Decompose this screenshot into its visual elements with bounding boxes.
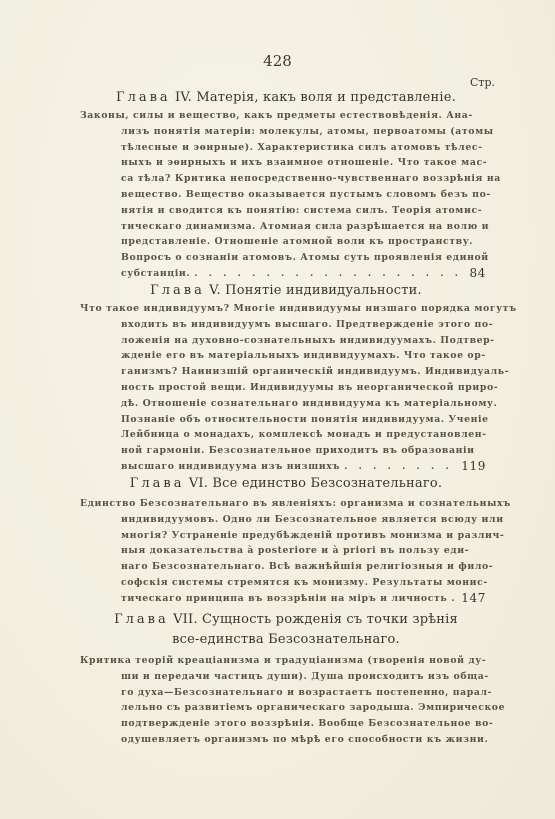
summary-line: тѣлесные и эѳирные). Характеристика силъ… [86, 140, 486, 156]
summary-line: ши и передачи частицъ души). Душа происх… [86, 669, 486, 685]
summary-line: лельно съ развитіемъ органическаго зарод… [86, 700, 486, 716]
summary-last-line: тическаго принципа въ воззрѣніи на міръ … [86, 591, 486, 607]
summary-line: одушевляетъ организмъ по мѣрѣ его способ… [86, 732, 486, 748]
chapter-heading: Глава VI. Все единство Безсознательнаго. [86, 476, 486, 491]
leader-dots: . . . . . . . . . . . . . . . . . . . . … [194, 266, 465, 282]
summary-line: са тѣла? Критика непосредственно-чувстве… [86, 171, 486, 187]
summary-line: Что такое индивидуумъ? Многіе индивидуум… [80, 301, 486, 317]
summary-line: высшаго индивидуума изъ низшихъ [121, 459, 340, 475]
chapter-heading-line2: все-единства Безсознательнаго. [86, 632, 486, 647]
summary-line: Единство Безсознательнаго въ явленіяхъ: … [80, 496, 486, 512]
chapter-heading: Глава IV. Матерія, какъ воля и представл… [86, 90, 486, 105]
summary-line: дѣ. Отношеніе сознательнаго индивидуума … [86, 396, 486, 412]
summary-line: ность простой вещи. Индивидуумы въ неорг… [86, 380, 486, 396]
summary-line: подтвержденіе этого воззрѣнія. Вообще Бе… [86, 716, 486, 732]
chapter-prefix: Глава [130, 476, 185, 491]
summary-line: Лейбница о монадахъ, комплексѣ монадъ и … [86, 427, 486, 443]
summary-line: ныя доказательства à posteriore и à prio… [86, 543, 486, 559]
leader-dots: . . . . . . . . [451, 591, 457, 607]
summary-line: наго Безсознательнаго. Всѣ важнѣйшія рел… [86, 559, 486, 575]
summary-line: Вопросъ о сознаніи атомовъ. Атомы суть п… [86, 250, 486, 266]
summary-line: Законы, силы и вещество, какъ предметы е… [80, 108, 486, 124]
book-page: 428 Стр. Глава IV. Матерія, какъ воля и … [0, 0, 555, 819]
summary-line: софскія системы стремятся къ монизму. Ре… [86, 575, 486, 591]
summary-line: тическаго динамизма. Атомная сила разрѣш… [86, 219, 486, 235]
summary-line: ложенія на духовно-сознательныхъ индивид… [86, 333, 486, 349]
chapter-prefix: Глава [114, 612, 169, 627]
chapter-title: VI. Все единство Безсознательнаго. [189, 476, 442, 491]
chapter-title: V. Понятіе индивидуальности. [209, 283, 422, 298]
summary-line: ной гармоніи. Безсознательное приходитъ … [86, 443, 486, 459]
summary-line: ныхъ и эѳирныхъ и ихъ взаимное отношеніе… [86, 155, 486, 171]
chapter-heading: Глава VII. Сущность рожденія съ точки зр… [86, 612, 486, 627]
summary-line: Познаніе объ относительности понятія инд… [86, 412, 486, 428]
summary-line: индивидуумовъ. Одно ли Безсознательное я… [86, 512, 486, 528]
summary-line: жденіе его въ матеріальныхъ индивидуумах… [86, 348, 486, 364]
summary-line: субстанціи. [121, 266, 190, 282]
page-reference: 84 [470, 266, 486, 282]
chapter-summary: Что такое индивидуумъ? Многіе индивидуум… [86, 301, 486, 475]
chapter-prefix: Глава [116, 90, 171, 105]
page-reference: 119 [461, 459, 486, 475]
summary-line: вещество. Вещество оказывается пустымъ с… [86, 187, 486, 203]
chapter-title: VII. Сущность рожденія съ точки зрѣнія [173, 612, 458, 627]
summary-line: Критика теорій креаціанизма и традуціани… [80, 653, 486, 669]
page-number: 428 [0, 52, 555, 70]
chapter-summary: Законы, силы и вещество, какъ предметы е… [86, 108, 486, 282]
summary-line: представленіе. Отношеніе атомной воли къ… [86, 234, 486, 250]
summary-line: многія? Устраненіе предубѣжденій противъ… [86, 528, 486, 544]
summary-line: го духа—Безсознательнаго и возрастаетъ п… [86, 685, 486, 701]
summary-line: ганизмъ? Наинизшій органическій индивиду… [86, 364, 486, 380]
chapter-heading: Глава V. Понятіе индивидуальности. [86, 283, 486, 298]
summary-line: тическаго принципа въ воззрѣніи на міръ … [121, 591, 447, 607]
page-column-header: Стр. [470, 76, 495, 89]
summary-line: нятія и сводится къ понятію: система сил… [86, 203, 486, 219]
summary-last-line: высшаго индивидуума изъ низшихъ . . . . … [86, 459, 486, 475]
summary-line: лизъ понятія матеріи: молекулы, атомы, п… [86, 124, 486, 140]
chapter-title: IV. Матерія, какъ воля и представленіе. [175, 90, 456, 105]
chapter-prefix: Глава [150, 283, 205, 298]
leader-dots: . . . . . . . . . . . . . . . . . . . . … [344, 459, 457, 475]
summary-last-line: субстанціи. . . . . . . . . . . . . . . … [86, 266, 486, 282]
summary-line: входить въ индивидуумъ высшаго. Предтвер… [86, 317, 486, 333]
page-reference: 147 [461, 591, 486, 607]
chapter-summary: Критика теорій креаціанизма и традуціани… [86, 653, 486, 748]
chapter-summary: Единство Безсознательнаго въ явленіяхъ: … [86, 496, 486, 607]
